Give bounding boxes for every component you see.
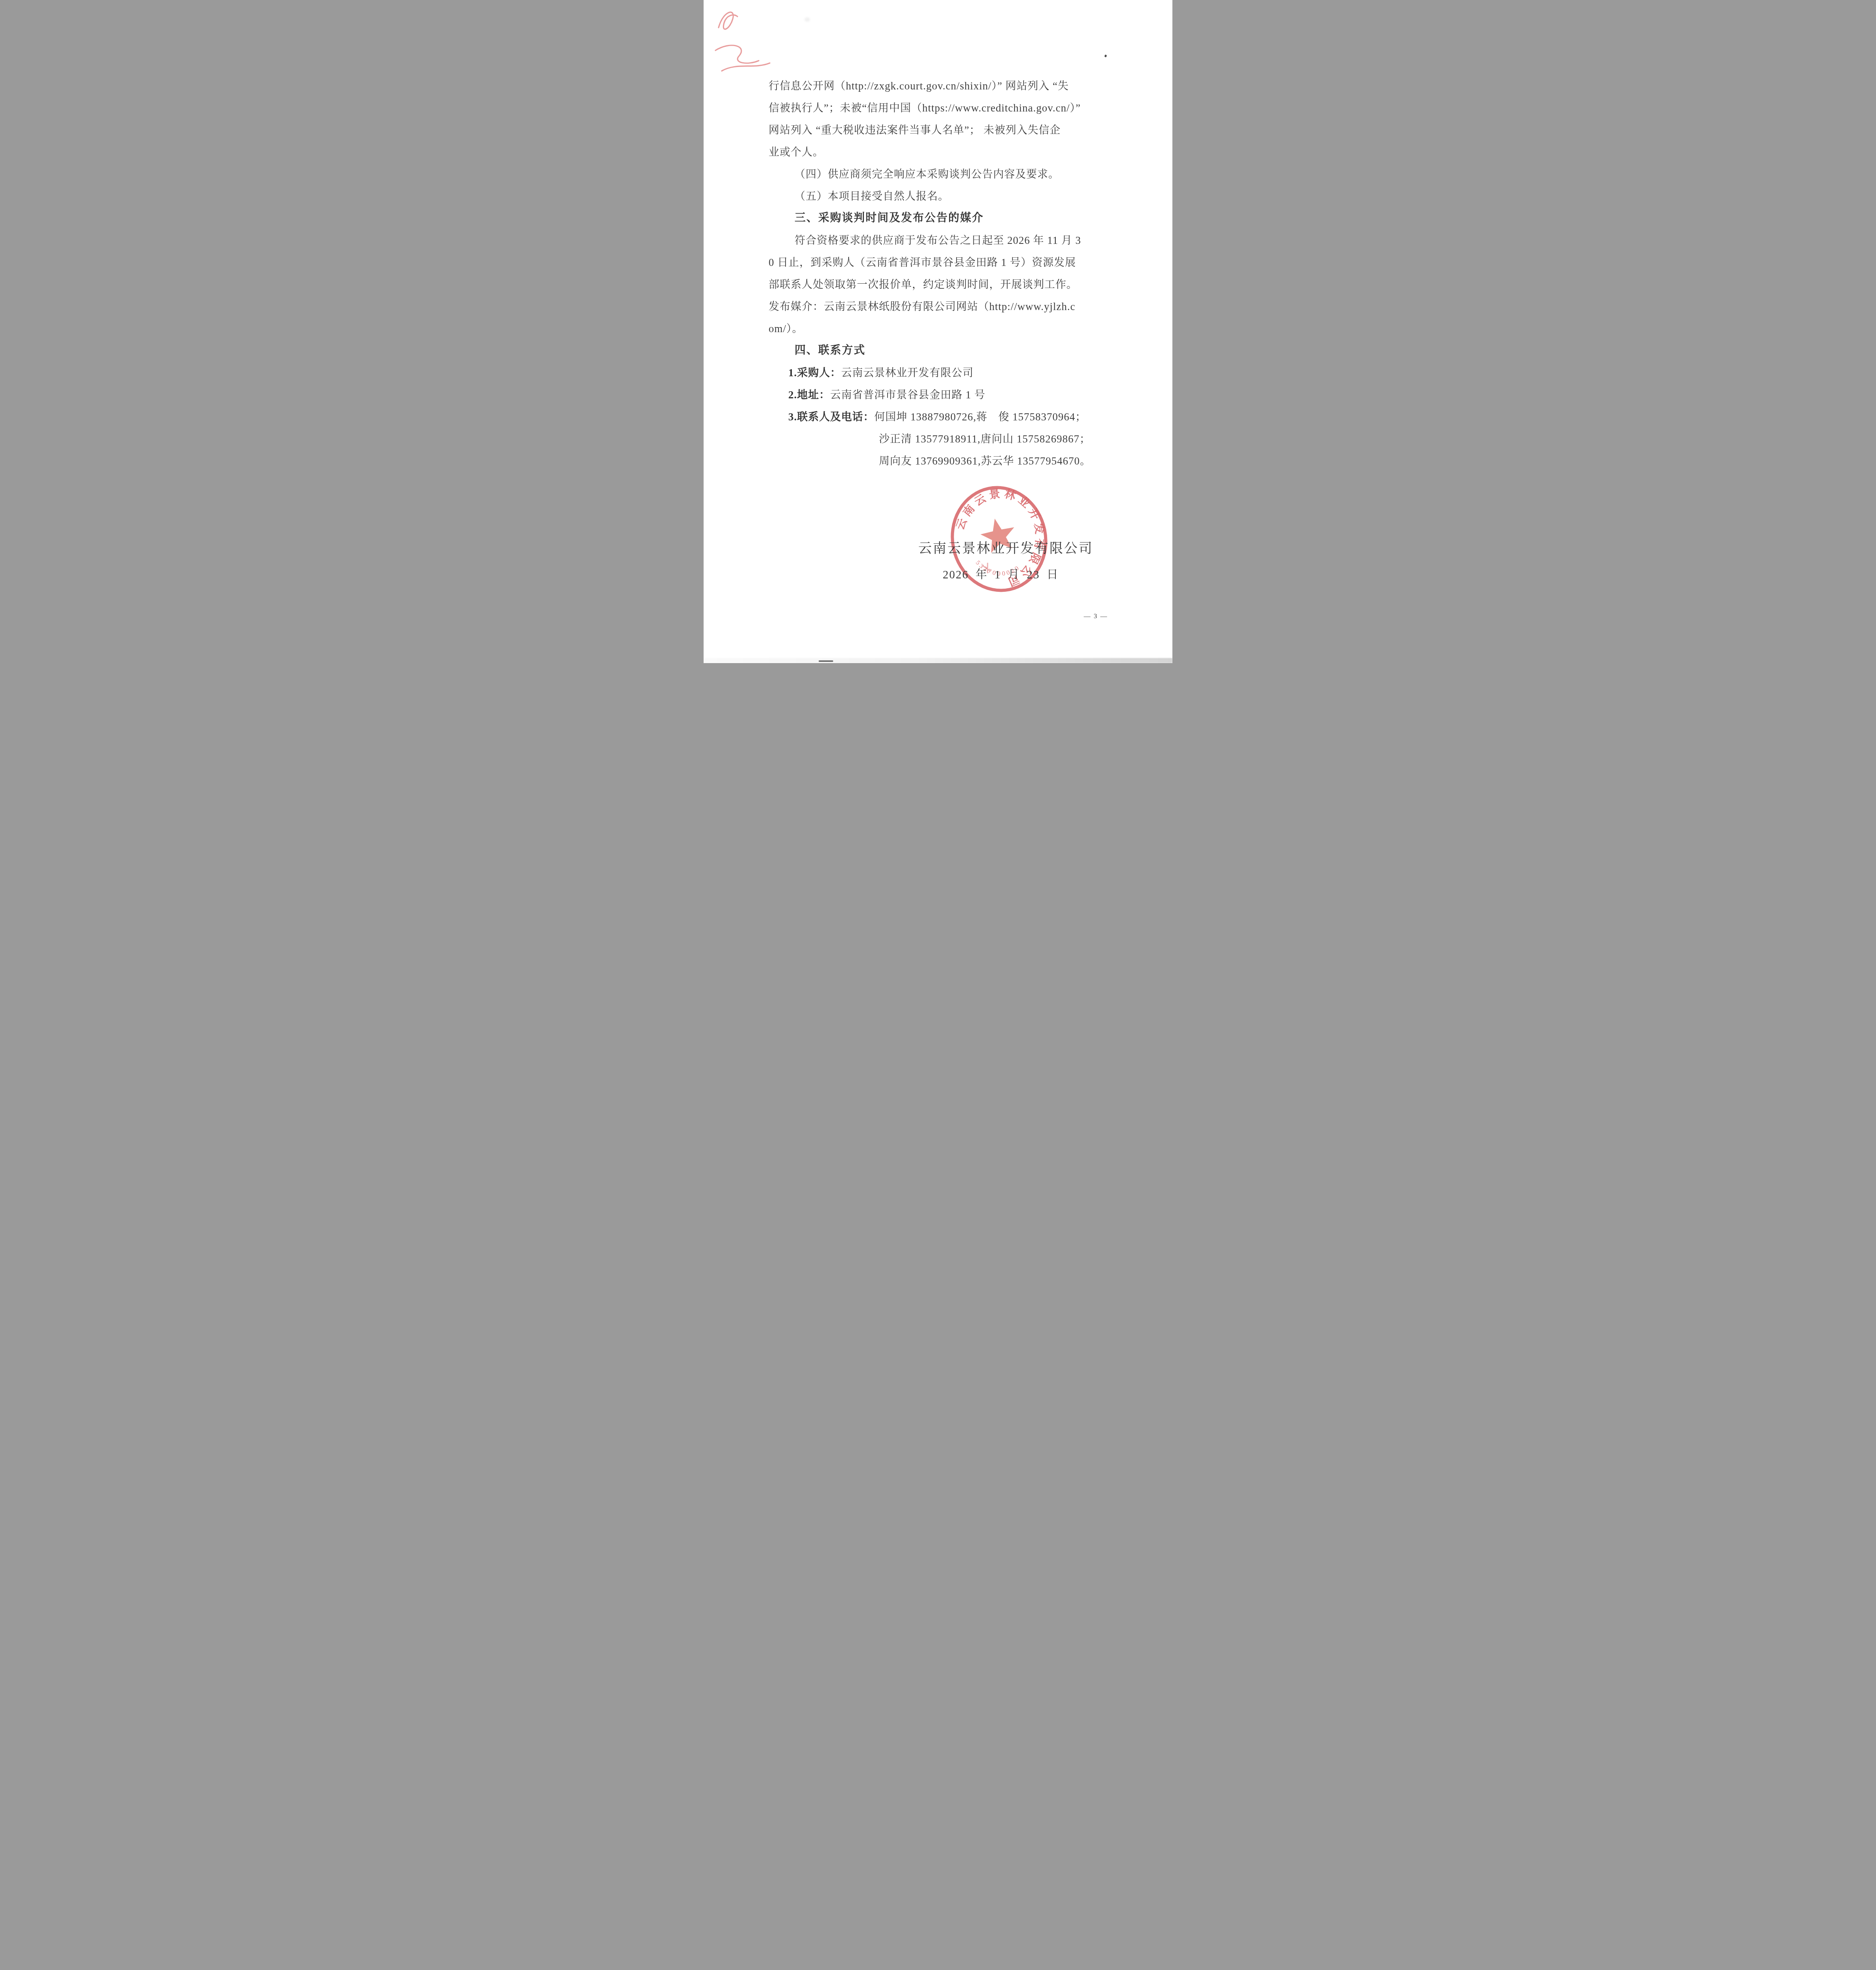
text-line: 行信息公开网（http://zxgk.court.gov.cn/shixin/）… xyxy=(769,75,1122,97)
ink-speck xyxy=(1104,54,1107,57)
signature-date: 2026 年 1 月 23 日 xyxy=(943,566,1059,582)
text-line: 业或个人。 xyxy=(769,141,1122,163)
text-line: om/）。 xyxy=(769,318,1122,340)
text-line: 0 日止，到采购人（云南省普洱市景谷县金田路 1 号）资源发展 xyxy=(769,251,1122,273)
item-value: 何国坤 13887980726,蒋 俊 15758370964； xyxy=(874,411,1086,423)
contact-item-continued: 沙正清 13577918911,唐问山 15758269867； xyxy=(769,428,1122,450)
item-label: 2.地址： xyxy=(788,389,830,401)
contact-item: 2.地址：云南省普洱市景谷县金田路 1 号 xyxy=(769,384,1122,406)
item-value: 云南云景林业开发有限公司 xyxy=(841,367,973,379)
scanner-edge-shadow xyxy=(704,658,1172,663)
section-heading: 三、采购谈判时间及发布公告的媒介 xyxy=(769,207,1122,229)
contact-item: 3.联系人及电话：何国坤 13887980726,蒋 俊 15758370964… xyxy=(769,406,1122,428)
section-heading: 四、联系方式 xyxy=(769,340,1122,362)
text-line: 部联系人处领取第一次报价单，约定谈判时间，开展谈判工作。 xyxy=(769,273,1122,295)
item-label: 3.联系人及电话： xyxy=(788,411,874,423)
red-pen-scribble xyxy=(710,3,781,78)
signature-company-name: 云南云景林业开发有限公司 xyxy=(918,537,1093,557)
document-body: 行信息公开网（http://zxgk.court.gov.cn/shixin/）… xyxy=(769,75,1122,472)
text-line: 网站列入 “重大税收违法案件当事人名单”； 未被列入失信企 xyxy=(769,119,1122,141)
item-label: 1.采购人： xyxy=(788,367,841,379)
contact-item-continued: 周向友 13769909361,苏云华 13577954670。 xyxy=(769,450,1122,472)
contact-item: 1.采购人：云南云景林业开发有限公司 xyxy=(769,362,1122,384)
text-line: （四）供应商须完全响应本采购谈判公告内容及要求。 xyxy=(769,163,1122,185)
scan-smudge xyxy=(804,17,810,22)
text-line: 发布媒介：云南云景林纸股份有限公司网站（http://www.yjlzh.c xyxy=(769,295,1122,318)
scanner-edge-mark xyxy=(819,660,833,662)
document-page: 行信息公开网（http://zxgk.court.gov.cn/shixin/）… xyxy=(704,0,1172,663)
page-number: — 3 — xyxy=(1084,612,1108,620)
text-line: 符合资格要求的供应商于发布公告之日起至 2026 年 11 月 3 xyxy=(769,229,1122,251)
text-line: （五）本项目接受自然人报名。 xyxy=(769,185,1122,207)
text-line: 信被执行人”；未被“信用中国（https://www.creditchina.g… xyxy=(769,97,1122,119)
item-value: 云南省普洱市景谷县金田路 1 号 xyxy=(830,389,985,401)
